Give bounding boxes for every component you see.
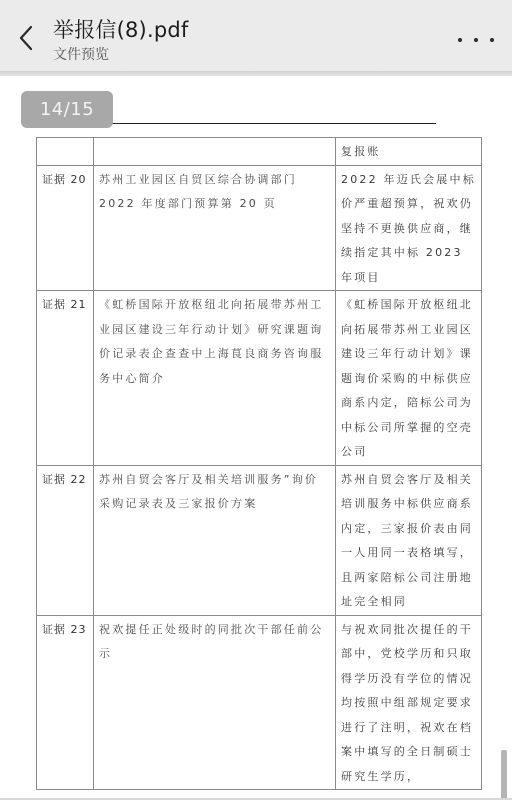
back-button[interactable] [12, 22, 40, 54]
table-cell [94, 138, 336, 166]
evidence-table: 复报账 证据 20 苏州工业园区自贸区综合协调部门 2022 年度部门预算第 2… [36, 137, 482, 790]
evidence-finding-cell: 苏州自贸会客厅及相关培训服务中标供应商系内定，三家报价表由同一人用同一表格填写，… [336, 465, 482, 615]
table-header-row: 复报账 [37, 138, 482, 166]
table-row: 证据 20 苏州工业园区自贸区综合协调部门 2022 年度部门预算第 20 页 … [37, 165, 482, 291]
evidence-source-cell: 祝欢提任正处级时的同批次干部任前公示 [94, 615, 336, 790]
evidence-id-cell: 证据 22 [37, 465, 94, 615]
more-options-button[interactable] [458, 28, 494, 52]
chevron-left-icon [18, 25, 34, 51]
evidence-finding-cell: 与祝欢同批次提任的干部中，党校学历和只取得学历没有学位的情况均按照中组部规定要求… [336, 615, 482, 790]
table-row: 证据 22 苏州自贸会客厅及相关培训服务”询价采购记录表及三家报价方案 苏州自贸… [37, 465, 482, 615]
table-cell [37, 138, 94, 166]
table-cell: 复报账 [336, 138, 482, 166]
more-horizontal-icon [474, 38, 478, 42]
header-divider [0, 71, 512, 76]
evidence-finding-cell: 《虹桥国际开放枢纽北向拓展带苏州工业园区建设三年行动计划》课题询价采购的中标供应… [336, 291, 482, 466]
more-horizontal-icon [490, 38, 494, 42]
app-header: 举报信(8).pdf 文件预览 [0, 0, 512, 71]
evidence-source-cell: 苏州工业园区自贸区综合协调部门 2022 年度部门预算第 20 页 [94, 165, 336, 291]
file-title: 举报信(8).pdf [53, 17, 188, 43]
table-row: 证据 23 祝欢提任正处级时的同批次干部任前公示 与祝欢同批次提任的干部中，党校… [37, 615, 482, 790]
evidence-finding-cell: 2022 年迈氏会展中标价严重超预算，祝欢仍坚持不更换供应商，继续指定其中标 2… [336, 165, 482, 291]
file-subtitle: 文件预览 [53, 46, 109, 64]
evidence-id-cell: 证据 20 [37, 165, 94, 291]
evidence-source-cell: 《虹桥国际开放枢纽北向拓展带苏州工业园区建设三年行动计划》研究课题询价记录表企查… [94, 291, 336, 466]
evidence-source-cell: 苏州自贸会客厅及相关培训服务”询价采购记录表及三家报价方案 [94, 465, 336, 615]
table-row: 证据 21 《虹桥国际开放枢纽北向拓展带苏州工业园区建设三年行动计划》研究课题询… [37, 291, 482, 466]
vertical-scrollbar[interactable] [501, 750, 507, 800]
evidence-id-cell: 证据 23 [37, 615, 94, 790]
document-rule-line [76, 123, 436, 124]
page-indicator: 14/15 [21, 91, 113, 128]
more-horizontal-icon [458, 38, 462, 42]
evidence-id-cell: 证据 21 [37, 291, 94, 466]
